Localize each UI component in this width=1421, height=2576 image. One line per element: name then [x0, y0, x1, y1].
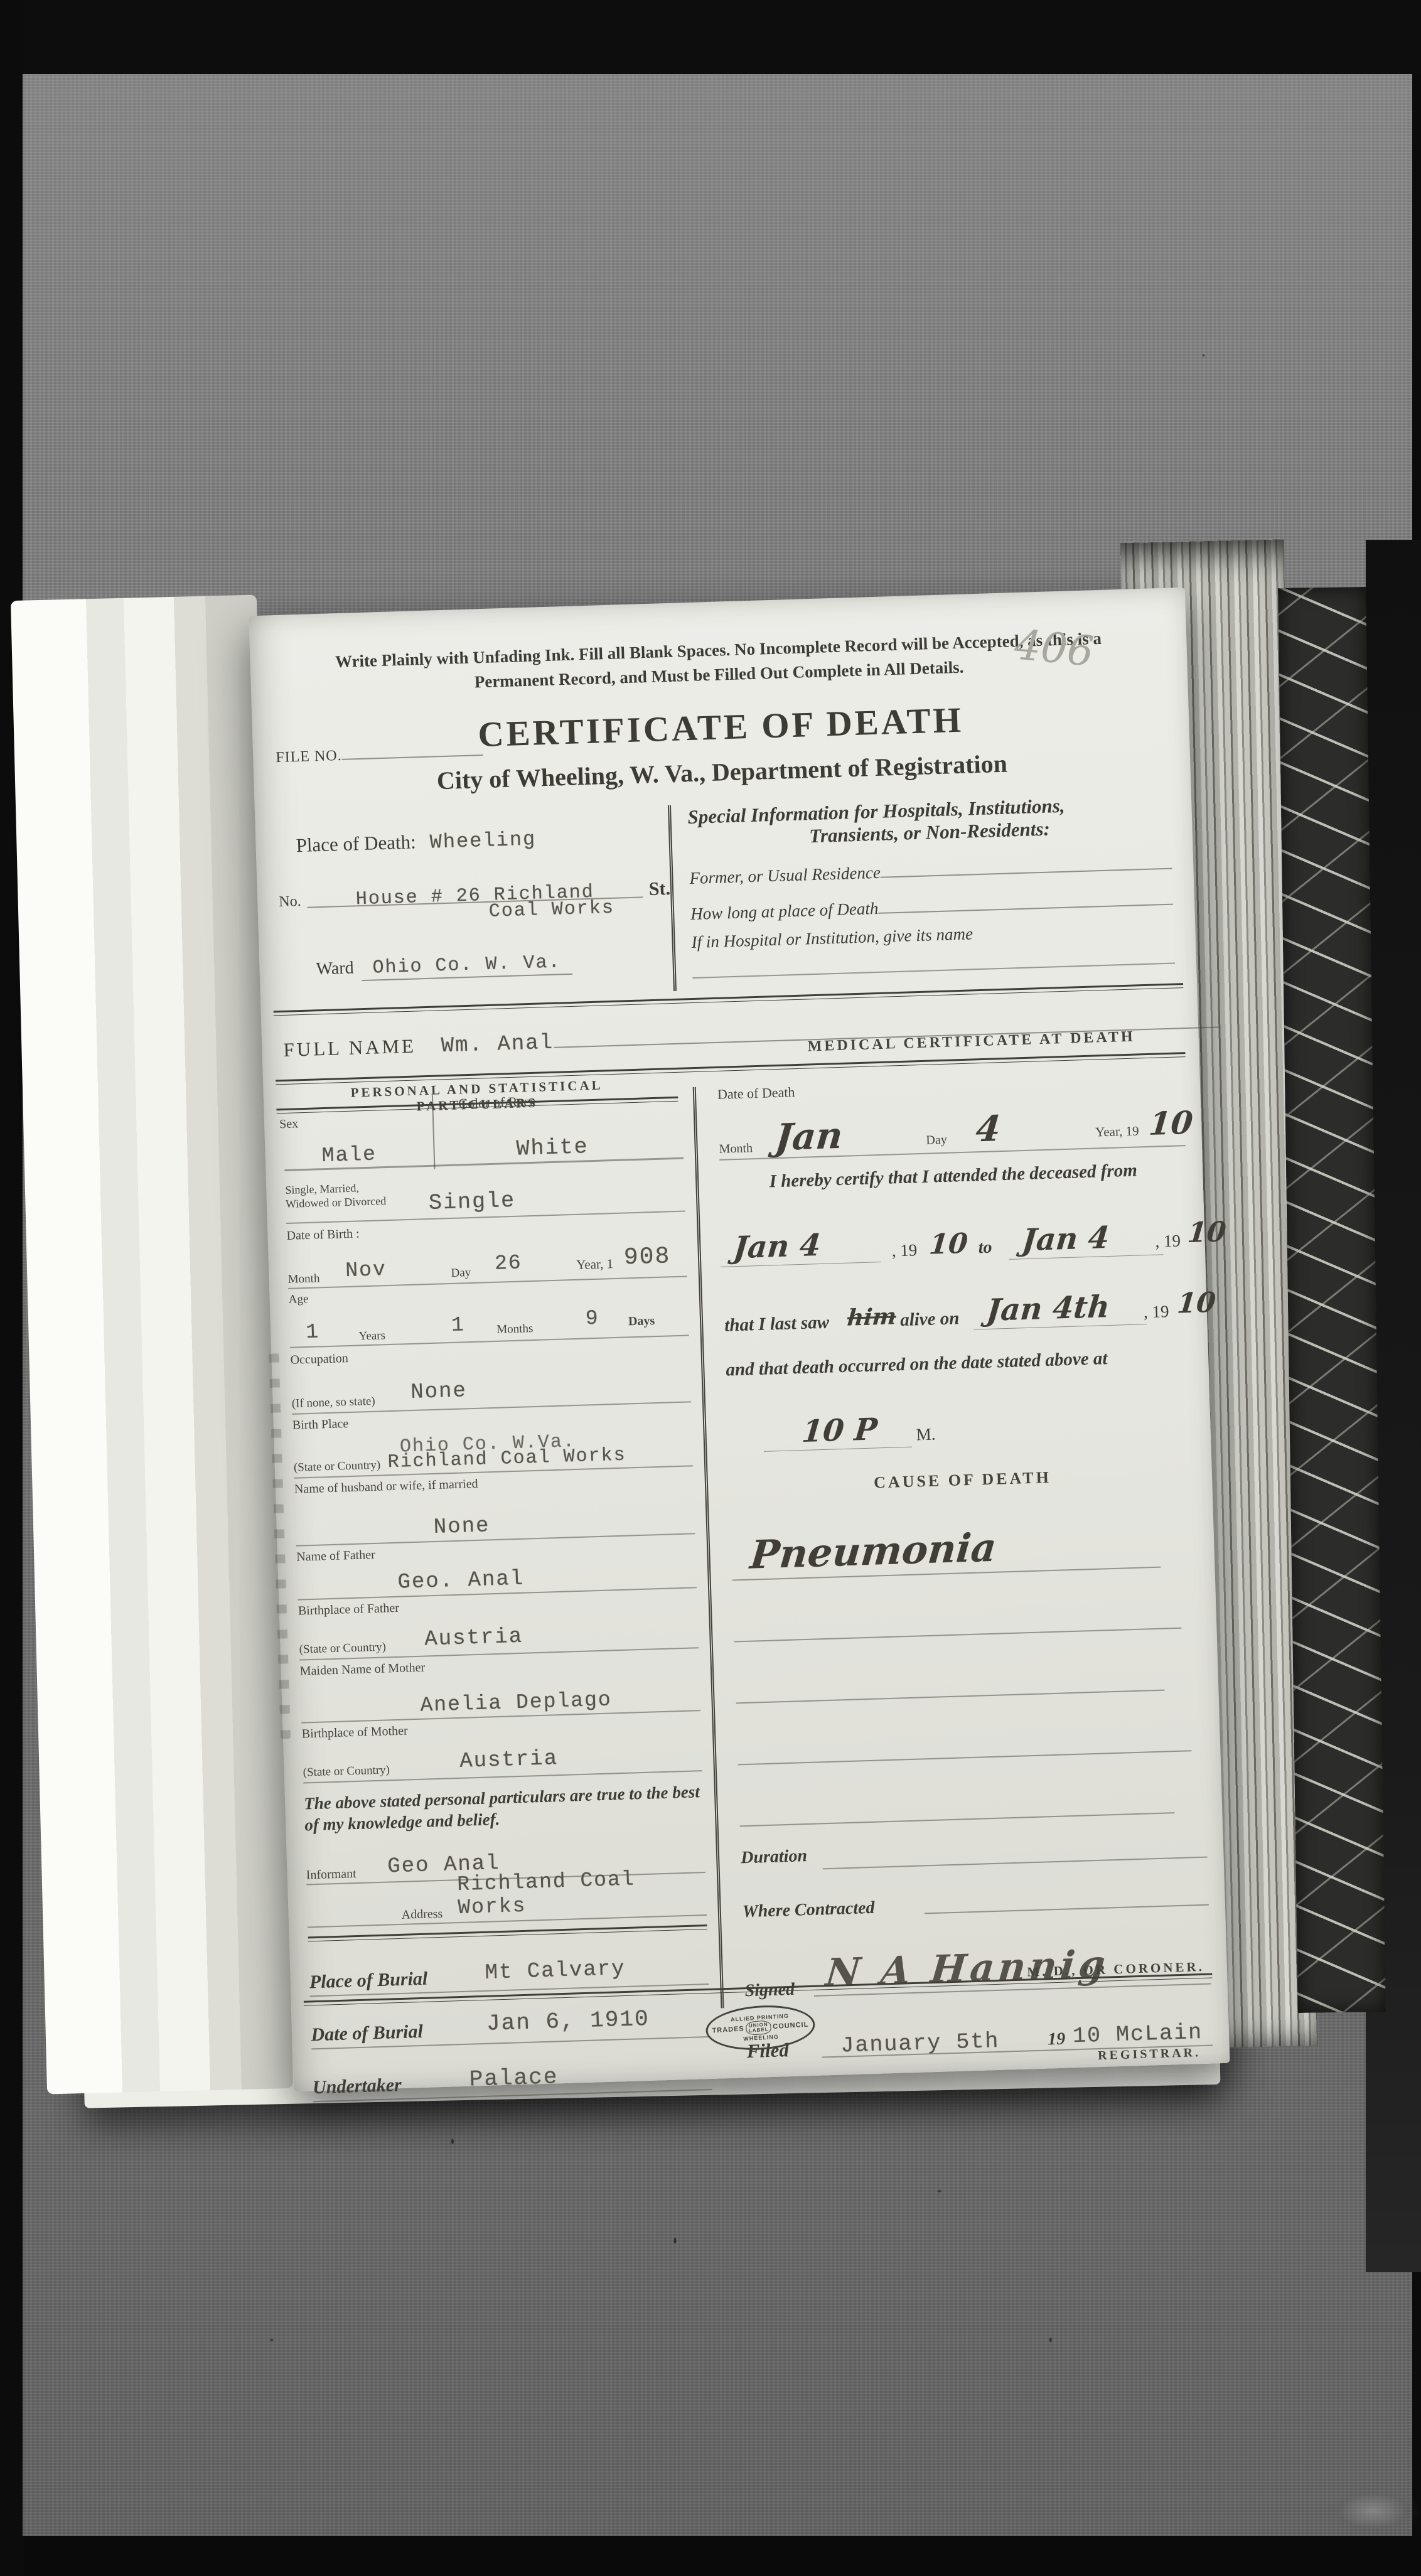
place-of-death-row: Place of Death: Wheeling: [296, 827, 537, 859]
street-value-line2: Coal Works: [488, 898, 614, 923]
last-saw-struck-word: him: [846, 1303, 898, 1331]
street-suffix-label: St.: [648, 878, 670, 900]
undertaker-value: Palace: [469, 2064, 559, 2092]
mother-birthplace-label: Birthplace of Mother: [302, 1724, 408, 1741]
date-of-death-row: Date of Death Month Jan Day 4 Year, 19 1…: [717, 1072, 1186, 1163]
occupation-value: None: [410, 1379, 468, 1405]
how-long-label: How long at place of Death: [690, 899, 879, 924]
hospital-row: If in Hospital or Institution, give its …: [691, 918, 1174, 952]
street-no-label: No.: [279, 893, 301, 911]
street-row: No. House # 26 Richland Coal Works St.: [279, 878, 671, 911]
informant-label: Informant: [306, 1867, 357, 1882]
burial-date-value: Jan 6, 1910: [486, 2006, 650, 2037]
occupation-row: Occupation (If none, so state) None: [290, 1338, 691, 1417]
marital-label: Single, Married, Widowed or Divorced: [285, 1181, 386, 1211]
age-months-value: 1: [451, 1313, 466, 1337]
father-label: Name of Father: [296, 1548, 375, 1565]
race-value: White: [516, 1134, 589, 1161]
ward-label: Ward: [316, 958, 354, 979]
former-residence-label: Former, or Usual Residence: [689, 863, 881, 888]
fabric-highlight-corner: [1180, 2285, 1421, 2536]
scan-edge-bottom: [0, 2536, 1421, 2576]
affirmation-text: The above stated personal particulars ar…: [303, 1774, 704, 1849]
spouse-label: Name of husband or wife, if married: [294, 1477, 478, 1497]
medical-column: Date of Death Month Jan Day 4 Year, 19 1…: [699, 1072, 1211, 2008]
death-day-value: 4: [974, 1108, 1002, 1150]
former-residence-row: Former, or Usual Residence: [689, 854, 1172, 888]
address-label: Address: [401, 1907, 442, 1923]
full-name-value: Wm. Anal: [441, 1031, 554, 1058]
mother-row: Maiden Name of Mother Anelia Deplago: [299, 1651, 700, 1725]
dob-month-value: Nov: [345, 1258, 387, 1282]
ward-row: Ward Ohio Co. W. Va.: [316, 951, 593, 982]
occupation-note: (If none, so state): [291, 1395, 375, 1411]
dob-year-value: 908: [623, 1243, 671, 1271]
undertaker-label: Undertaker: [313, 2074, 402, 2098]
mother-birthplace-value: Austria: [459, 1747, 559, 1774]
attended-to-value: Jan 4: [1009, 1218, 1167, 1260]
stamp-center-box: UNIONLABEL: [746, 2020, 771, 2036]
age-days-label: Days: [628, 1314, 655, 1329]
address-value: Richland Coal Works: [457, 1865, 707, 1919]
burial-date-label: Date of Burial: [311, 2021, 423, 2046]
last-year-handwritten: 10: [1176, 1287, 1217, 1320]
dob-day-value: 26: [495, 1252, 523, 1275]
age-years-label: Years: [358, 1329, 385, 1343]
occupation-label: Occupation: [290, 1351, 348, 1368]
filed-year-typed: 10 McLain: [1073, 2020, 1203, 2049]
burial-place-value: Mt Calvary: [485, 1957, 626, 1985]
dob-label: Date of Birth :: [286, 1226, 360, 1243]
age-label: Age: [288, 1292, 308, 1307]
last-saw-prefix: that I last saw: [724, 1312, 830, 1336]
dob-year-label: Year, 1: [576, 1256, 614, 1273]
to-year-printed: , 19: [1155, 1231, 1181, 1251]
dob-day-label: Day: [451, 1266, 471, 1280]
scanned-register-photo: Write Plainly with Unfading Ink. Fill al…: [0, 0, 1421, 2576]
birthplace-label: Birth Place: [292, 1417, 349, 1433]
scan-edge-top: [0, 0, 1421, 74]
age-years-value: 1: [306, 1320, 320, 1344]
dob-row: Date of Birth : Month Nov Day 26 Year, 1…: [286, 1215, 687, 1292]
top-columns: Place of Death: Wheeling No. House # 26 …: [274, 790, 1175, 1003]
main-columns: Sex Male Color of Race White Single, Mar…: [277, 1072, 1211, 2021]
from-year-printed: , 19: [891, 1240, 917, 1260]
last-saw-date-value: Jan 4th: [973, 1288, 1150, 1330]
hospital-label: If in Hospital or Institution, give its …: [691, 924, 973, 952]
stamp-right-text: COUNCIL: [773, 2021, 809, 2031]
marital-value: Single: [429, 1188, 516, 1216]
mother-birthplace-state-label: (State or Country): [303, 1763, 390, 1779]
birthplace-row: Birth Place (State or Country) Ohio Co. …: [292, 1405, 693, 1481]
where-contracted-label: Where Contracted: [742, 1898, 875, 1922]
father-birthplace-label: Birthplace of Father: [298, 1601, 400, 1619]
filed-row: Filed January 5th 19 10 McLain REGISTRAR…: [746, 1996, 1214, 2077]
death-day-label: Day: [926, 1133, 947, 1148]
death-month-label: Month: [719, 1141, 753, 1157]
place-of-death-value: Wheeling: [429, 828, 537, 854]
attended-from-value: Jan 4: [721, 1226, 884, 1267]
street-blank: House # 26 Richland Coal Works: [307, 880, 643, 908]
race-label: Color of Race: [458, 1093, 536, 1112]
stamp-left-text: TRADES: [712, 2025, 744, 2034]
how-long-blank: [878, 903, 1173, 914]
death-year-label: Year, 19: [1095, 1123, 1139, 1140]
alive-on-label: alive on: [900, 1308, 960, 1331]
race-cell: Color of Race White: [432, 1088, 684, 1169]
time-value: 10 P: [764, 1410, 915, 1451]
death-year-value: 10: [1147, 1104, 1194, 1142]
sex-label: Sex: [279, 1117, 299, 1132]
cause-of-death-value: Pneumonia: [748, 1525, 999, 1578]
sex-cell: Sex Male: [282, 1095, 434, 1174]
hospital-blank: [692, 963, 1175, 979]
dob-month-label: Month: [287, 1272, 319, 1287]
date-of-death-label: Date of Death: [717, 1084, 795, 1103]
spouse-value: None: [433, 1514, 490, 1540]
age-months-label: Months: [496, 1322, 534, 1337]
filed-year-printed: 19: [1048, 2029, 1066, 2050]
death-month-value: Jan: [773, 1114, 844, 1159]
father-birthplace-state-label: (State or Country): [299, 1640, 386, 1656]
full-name-label: FULL NAME: [283, 1035, 416, 1061]
spouse-row: Name of husband or wife, if married None: [294, 1469, 695, 1548]
place-of-death-block: Place of Death: Wheeling No. House # 26 …: [274, 805, 673, 1003]
from-year-handwritten: 10: [928, 1228, 969, 1261]
last-year-printed: , 19: [1144, 1302, 1169, 1322]
age-days-value: 9: [585, 1307, 599, 1331]
special-info-block: Special Information for Hospitals, Insti…: [668, 790, 1176, 991]
former-residence-blank: [881, 867, 1172, 878]
personal-column: Sex Male Color of Race White Single, Mar…: [277, 1087, 719, 2021]
time-m-label: M.: [916, 1425, 936, 1445]
death-certificate-page: Write Plainly with Unfading Ink. Fill al…: [249, 588, 1230, 2091]
signed-row: Signed N A Hannig M. D., OR CORONER.: [743, 1916, 1212, 2010]
to-word: to: [978, 1238, 992, 1258]
duration-label: Duration: [741, 1846, 808, 1868]
pencil-page-number: 406: [1012, 621, 1096, 676]
father-birthplace-value: Austria: [424, 1625, 523, 1652]
sex-race-row: Sex Male Color of Race White: [282, 1088, 684, 1174]
ward-value: Ohio Co. W. Va.: [361, 952, 572, 981]
how-long-row: How long at place of Death: [690, 890, 1174, 924]
to-year-handwritten: 10: [1186, 1216, 1228, 1249]
scan-edge-left: [0, 0, 23, 2576]
sex-value: Male: [321, 1143, 377, 1168]
burial-place-label: Place of Burial: [309, 1968, 427, 1994]
blank-left-pages: [11, 595, 293, 2095]
mother-label: Maiden Name of Mother: [299, 1661, 425, 1679]
place-of-death-label: Place of Death:: [296, 830, 416, 857]
mother-birthplace-row: Birthplace of Mother (State or Country) …: [301, 1714, 702, 1786]
birthplace-state-label: (State or Country): [294, 1459, 381, 1475]
father-value: Geo. Anal: [397, 1567, 525, 1595]
